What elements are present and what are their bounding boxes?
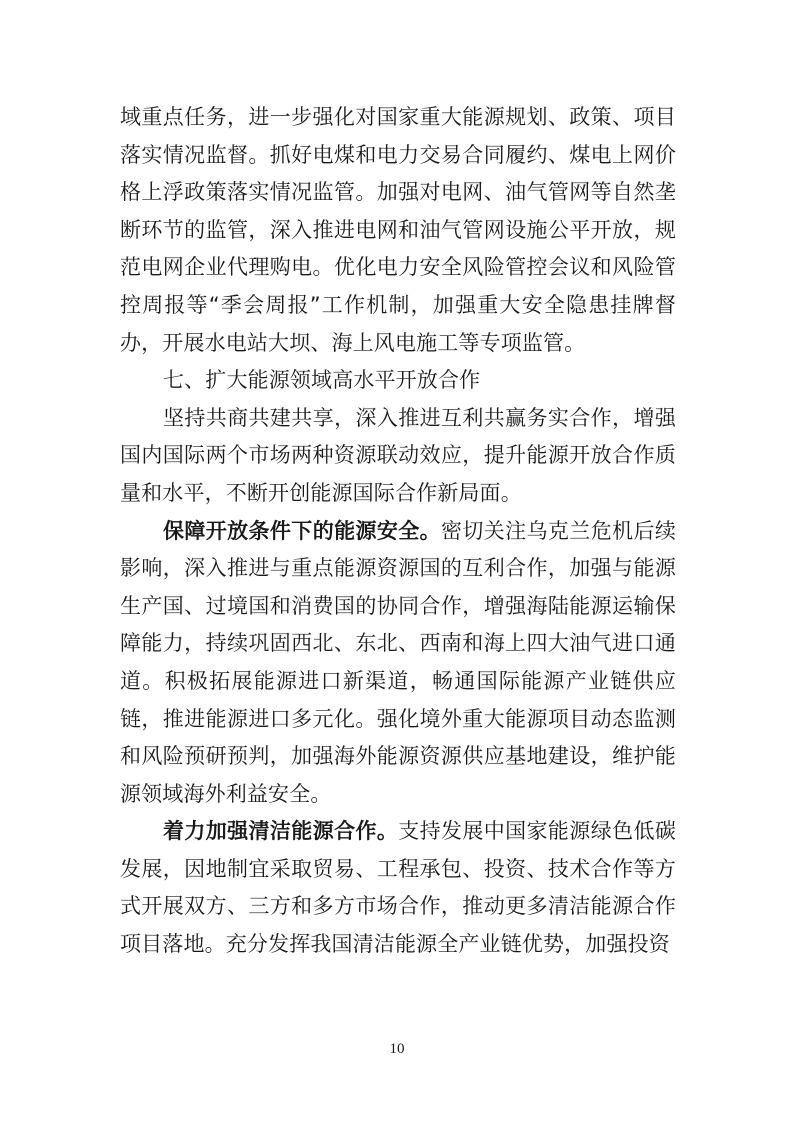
paragraph-clean-energy: 着力加强清洁能源合作。支持发展中国家能源绿色低碳发展，因地制宜采取贸易、工程承包… xyxy=(120,813,676,963)
paragraph-lead-heading: 保障开放条件下的能源安全。 xyxy=(163,519,441,543)
paragraph-text: 密切关注乌克兰危机后续影响，深入推进与重点能源资源国的互利合作，加强与能源生产国… xyxy=(120,519,676,806)
paragraph-energy-security: 保障开放条件下的能源安全。密切关注乌克兰危机后续影响，深入推进与重点能源资源国的… xyxy=(120,513,676,814)
paragraph-lead-heading: 着力加强清洁能源合作。 xyxy=(163,819,398,843)
paragraph-section-intro: 坚持共商共建共享，深入推进互利共赢务实合作，增强国内国际两个市场两种资源联动效应… xyxy=(120,400,676,513)
document-body: 域重点任务，进一步强化对国家重大能源规划、政策、项目落实情况监督。抓好电煤和电力… xyxy=(120,99,676,964)
paragraph-continued: 域重点任务，进一步强化对国家重大能源规划、政策、项目落实情况监督。抓好电煤和电力… xyxy=(120,99,676,362)
paragraph-text: 域重点任务，进一步强化对国家重大能源规划、政策、项目落实情况监督。抓好电煤和电力… xyxy=(120,105,676,355)
page-number: 10 xyxy=(0,1041,794,1058)
paragraph-text: 坚持共商共建共享，深入推进互利共赢务实合作，增强国内国际两个市场两种资源联动效应… xyxy=(120,406,676,505)
section-heading: 七、扩大能源领域高水平开放合作 xyxy=(120,362,676,400)
section-heading-text: 七、扩大能源领域高水平开放合作 xyxy=(163,368,480,392)
